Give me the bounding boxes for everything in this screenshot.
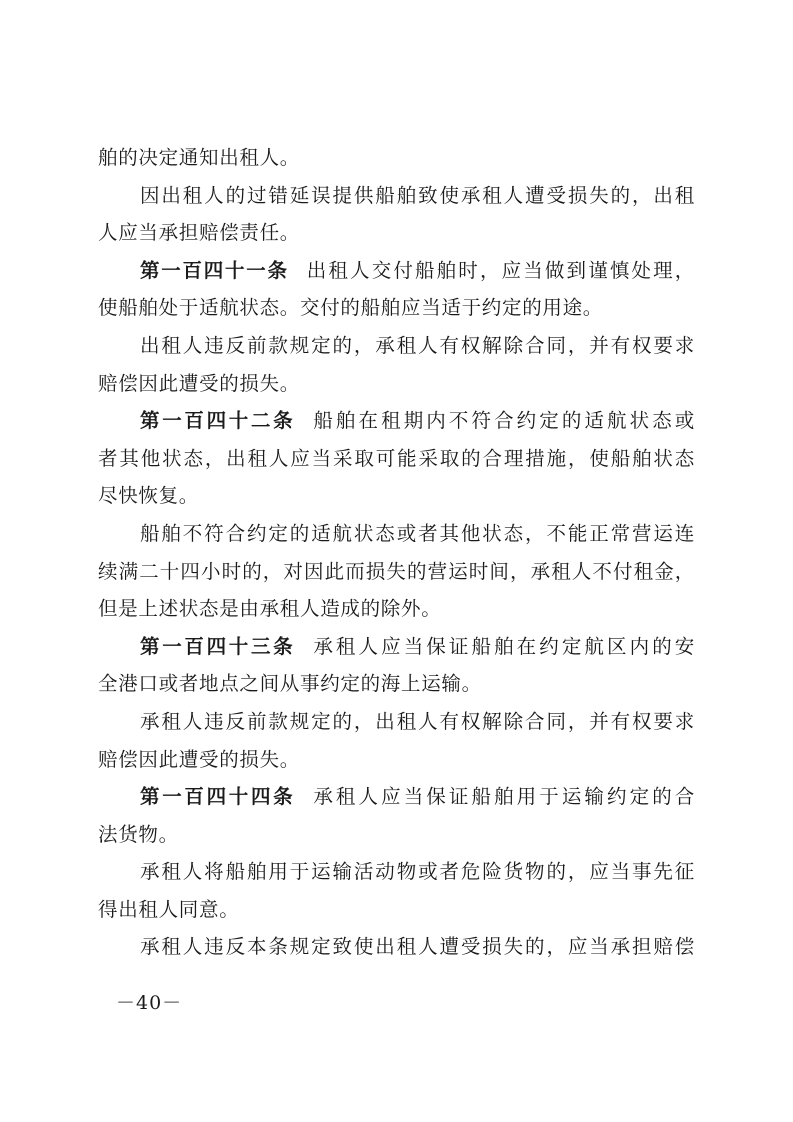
line-text: 人应当承担赔偿责任。 [98, 221, 300, 244]
article-heading-line: 第一百四十二条船舶在租期内不符合约定的适航状态或 [98, 402, 695, 440]
text-line: 者其他状态，出租人应当采取可能采取的合理措施，使船舶状态 [98, 440, 695, 478]
line-text: 船舶不符合约定的适航状态或者其他状态，不能正常营运连 [140, 522, 695, 545]
text-line: 船舶不符合约定的适航状态或者其他状态，不能正常营运连 [98, 515, 695, 553]
text-line: 因出租人的过错延误提供船舶致使承租人遭受损失的，出租 [98, 177, 695, 215]
article-number: 第一百四十三条 [140, 635, 295, 658]
text-line: 得出租人同意。 [98, 891, 695, 929]
line-text: 承租人将船舶用于运输活动物或者危险货物的，应当事先征 [140, 860, 695, 883]
text-line: 承租人将船舶用于运输活动物或者危险货物的，应当事先征 [98, 853, 695, 891]
line-text: 出租人违反前款规定的，承租人有权解除合同，并有权要求 [140, 334, 695, 357]
line-text: 法货物。 [98, 823, 179, 846]
line-text: 因出租人的过错延误提供船舶致使承租人遭受损失的，出租 [140, 184, 695, 207]
text-line: 赔偿因此遭受的损失。 [98, 741, 695, 779]
text-line: 但是上述状态是由承租人造成的除外。 [98, 590, 695, 628]
line-text: 舶的决定通知出租人。 [98, 146, 300, 169]
line-text: 承租人违反本条规定致使出租人遭受损失的，应当承担赔偿 [140, 935, 695, 958]
line-text: 出租人交付船舶时，应当做到谨慎处理， [307, 259, 695, 282]
page-number: －40－ [116, 988, 182, 1015]
line-text: 承租人应当保证船舶用于运输约定的合 [313, 785, 695, 808]
line-text: 使船舶处于适航状态。交付的船舶应当适于约定的用途。 [98, 296, 603, 319]
line-text: 船舶在租期内不符合约定的适航状态或 [313, 409, 695, 432]
line-text: 全港口或者地点之间从事约定的海上运输。 [98, 672, 482, 695]
text-line: 出租人违反前款规定的，承租人有权解除合同，并有权要求 [98, 327, 695, 365]
line-text: 赔偿因此遭受的损失。 [98, 748, 300, 771]
article-number: 第一百四十一条 [140, 259, 289, 282]
text-line: 赔偿因此遭受的损失。 [98, 365, 695, 403]
line-text: 尽快恢复。 [98, 484, 199, 507]
document-body: 舶的决定通知出租人。因出租人的过错延误提供船舶致使承租人遭受损失的，出租人应当承… [98, 139, 695, 966]
line-text: 者其他状态，出租人应当采取可能采取的合理措施，使船舶状态 [98, 447, 695, 470]
line-text: 但是上述状态是由承租人造成的除外。 [98, 597, 441, 620]
article-number: 第一百四十二条 [140, 409, 295, 432]
line-text: 续满二十四小时的，对因此而损失的营运时间，承租人不付租金， [98, 560, 695, 583]
text-line: 承租人违反本条规定致使出租人遭受损失的，应当承担赔偿 [98, 928, 695, 966]
article-heading-line: 第一百四十一条出租人交付船舶时，应当做到谨慎处理， [98, 252, 695, 290]
line-text: 承租人违反前款规定的，出租人有权解除合同，并有权要求 [140, 710, 695, 733]
text-line: 承租人违反前款规定的，出租人有权解除合同，并有权要求 [98, 703, 695, 741]
article-heading-line: 第一百四十三条承租人应当保证船舶在约定航区内的安 [98, 628, 695, 666]
text-line: 全港口或者地点之间从事约定的海上运输。 [98, 665, 695, 703]
text-line: 舶的决定通知出租人。 [98, 139, 695, 177]
text-line: 人应当承担赔偿责任。 [98, 214, 695, 252]
line-text: 承租人应当保证船舶在约定航区内的安 [313, 635, 695, 658]
article-heading-line: 第一百四十四条承租人应当保证船舶用于运输约定的合 [98, 778, 695, 816]
text-line: 续满二十四小时的，对因此而损失的营运时间，承租人不付租金， [98, 553, 695, 591]
text-line: 尽快恢复。 [98, 477, 695, 515]
text-line: 使船舶处于适航状态。交付的船舶应当适于约定的用途。 [98, 289, 695, 327]
article-number: 第一百四十四条 [140, 785, 295, 808]
line-text: 得出租人同意。 [98, 898, 239, 921]
line-text: 赔偿因此遭受的损失。 [98, 372, 300, 395]
text-line: 法货物。 [98, 816, 695, 854]
